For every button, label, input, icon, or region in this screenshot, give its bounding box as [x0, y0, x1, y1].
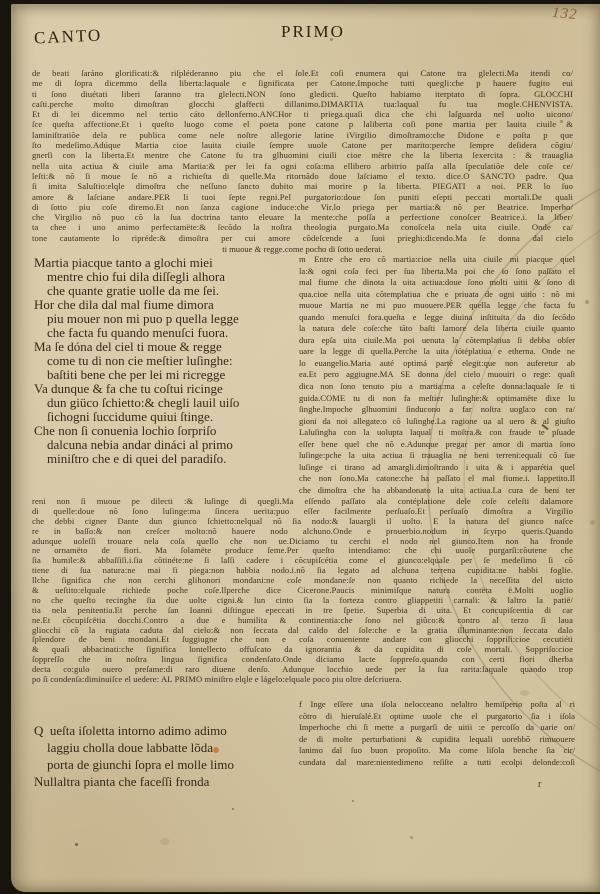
commentary-line: la natura dele coſe:che tãto baſti lamor…	[299, 323, 575, 335]
commentary-line: Imperhoche chi ſi mette a purgarſi de ui…	[299, 722, 575, 734]
verse-line: che facta fu quando menuſci fuora.	[34, 326, 296, 340]
commentary-line: la:& ogni coſa feci per ſua liberta.Ma p…	[299, 266, 575, 278]
commentary-line: tiene di ſua natura:ne mai ſi piega:non …	[32, 566, 573, 576]
commentary-line: f Inge eſſere una iſola nelocceano nelal…	[299, 699, 575, 711]
commentary-line: po ſi condenſa:diminuiſce el uedere: AL …	[32, 675, 573, 685]
verse-line: ſichogni ſuccidume quiui ſtinge.	[34, 410, 296, 424]
verse-line: baſtiti bene che per lei mi ricregge	[34, 368, 296, 382]
commentary-line: che non ſono.Ma catone:che ha paſſato el…	[299, 473, 575, 485]
commentary-line: gnerſi con la liberta.Et mentre che Cato…	[32, 150, 573, 160]
commentary-line: & quaſi abbacinati:che ſignifica lontell…	[32, 645, 573, 655]
commentary-line: uare la legge di quella.Perche la uita t…	[299, 346, 575, 358]
commentary-line: ſto medeſimo.Adúque Martia cioe lauita c…	[32, 140, 573, 150]
commentary-line: di quelle:doue nõ ſono luſinge:ma ſincer…	[32, 507, 573, 517]
commentary-right-column: m Entre che ero cõ martia:cioe nella uit…	[299, 254, 575, 496]
verse-tercets-upper: Martia piacque tanto a glochi mieimentre…	[34, 256, 296, 466]
verse-line: Martia piacque tanto a glochi miei	[34, 256, 296, 270]
running-title-primo: PRIMO	[281, 22, 345, 42]
verse-line: miniſtro che e di quei del paradiſo.	[34, 452, 296, 466]
commentary-line: ta chee i uno animo perfectamëte:& ſecõd…	[32, 222, 573, 232]
commentary-line: mal fiume che dinota la uita actiua:doue…	[299, 277, 575, 289]
verse-line: mentre chio fui dila diſſegli alhora	[34, 270, 296, 284]
verse-line: Va dunque & fa che tu coſtui ricinge	[34, 382, 296, 396]
commentary-line: & ueſtito:elquale richiede poche coſe.ll…	[32, 586, 573, 596]
commentary-line: ſinghe.Impoche glhuomini ſinducono a far…	[299, 404, 575, 416]
commentary-middle: reni non ſi muoue pe dilecti :& luſinge …	[32, 497, 573, 685]
signature-mark: r	[538, 779, 541, 790]
commentary-line: cõtro di hieruſalé.Et optime uuole che e…	[299, 711, 575, 723]
commentary-line: ſia humile:& abbaſſiſi.i.ſia cõtinéte:ne…	[32, 556, 573, 566]
verse-line: Hor che dila dal mal fiume dimora	[34, 298, 296, 312]
running-title-canto: CANTO	[34, 26, 103, 49]
commentary-line: re in baſſo:& non creſcer molto:nõ hauer…	[32, 527, 573, 537]
verse-line: dun giüco ſchietto:& chegli lauil uiſo	[34, 396, 296, 410]
commentary-line: reni non ſi muoue pe dilecti :& luſinge …	[32, 497, 573, 507]
commentary-line: me di ſopra dicemmo della liberta:laqual…	[32, 78, 573, 88]
commentary-bottom-column: f Inge eſſere una iſola nelocceano nelal…	[299, 699, 575, 769]
commentary-line: luſinge ci tirano ad amargli.dimoſtrando…	[299, 462, 575, 474]
commentary-line: laminiſtratiõe dela re publica come nele…	[32, 130, 573, 140]
commentary-line: che debbi cigner Dante dun giunco ſchiet…	[32, 517, 573, 527]
commentary-line: lanimo dal ſuo buon propoſito. Ma come l…	[299, 745, 575, 757]
commentary-line: tone cautamente lo ripréde:& dimoſtra pe…	[32, 233, 573, 243]
commentary-line: ſplendore de beni mondani.Et ſuggiugne c…	[32, 635, 573, 645]
commentary-line: Et di lei dicemmo nel tertio cáto dellon…	[32, 109, 573, 119]
commentary-line: muoue Martia ne mi puo muouere.PER quell…	[299, 300, 575, 312]
commentary-line: eſſer bene quel che nõ e.Adunque pregar …	[299, 439, 575, 451]
commentary-line: adunque uoleſſi trouare nela coſa quello…	[32, 537, 573, 547]
folio-number-handwritten: 132	[551, 5, 578, 24]
verse-line: Che non ſi conuenia lochio ſorpriſo	[34, 424, 296, 438]
verse-line: come tu di non cie meſtier luſinghe:	[34, 354, 296, 368]
verse-line: Nullaltra pianta che faceſſi fronda	[34, 773, 296, 790]
commentary-line: qua.cioe nella uita cõtemplatiua che e p…	[299, 289, 575, 301]
commentary-line: llche ſignifica che non cerchi glihonori…	[32, 576, 573, 586]
verse-line: laggiu cholla doue labbatte lõda	[34, 739, 296, 756]
commentary-line: quando menuſci fora.queſta e legge diuin…	[299, 312, 575, 324]
commentary-line: gliocchi cõ la rugiata caduta dal cielo:…	[32, 626, 573, 636]
verse-line: porta de giunchi ſopra el molle limo	[34, 756, 296, 773]
commentary-line: cundata dal mare:nientedimeno reſiſte a …	[299, 757, 575, 769]
commentary-line: leſti:& nõ ſi moue ſe nõ a richieſta di …	[32, 171, 573, 181]
commentary-line: nella uita actiua & ciuile ama Martia:& …	[32, 161, 573, 171]
commentary-line: tia nela penitentia.Et perche ſan Ioanni…	[32, 606, 573, 616]
commentary-line: lo euangelio.Maria auté optimá parté ele…	[299, 358, 575, 370]
commentary-line: guida.COME tu di non fa meſtier luſinghe…	[299, 393, 575, 405]
commentary-line: dica non ſono tenuto piu a martia:ma a c…	[299, 381, 575, 393]
commentary-line: ne.Et cõcupiſcëtia docchi.Contro a due e…	[32, 616, 573, 626]
commentary-top: de beati ſaráno glorificati:& riſplédera…	[32, 68, 573, 243]
verse-tercets-lower: Q ueſta iſoletta intorno adimo adimolagg…	[34, 722, 296, 790]
verse-line: Q ueſta iſoletta intorno adimo adimo	[34, 722, 296, 739]
commentary-line: dura epſa uita ciuile.Ma poi uenuta la c…	[299, 335, 575, 347]
commentary-line: no che queſto recinghe ſia due uolte cig…	[32, 596, 573, 606]
commentary-line: Laluſingha con la uolupta laqual ti moſt…	[299, 427, 575, 439]
commentary-line: che dimoſtra che ha abbandonato la uita …	[299, 485, 575, 497]
commentary-line: ſoppreſſo che in noſtra lingua ſignifica…	[32, 655, 573, 665]
commentary-line: che Virgilio nõ puo cõ la ſua doctrina t…	[32, 212, 573, 222]
commentary-line: de beati ſaráno glorificati:& riſplédera…	[32, 68, 573, 78]
commentary-line: caſti.perche molto dimoſtran glocchi gla…	[32, 99, 573, 109]
commentary-line: di ſotto piu coſe diremo.Et non ſanza ca…	[32, 202, 573, 212]
commentary-line: ſi imita Saluſtio:elqle dimoſtra che neſ…	[32, 181, 573, 191]
commentary-line: gioni da noi allegate:o cõ luſinghe.La r…	[299, 416, 575, 428]
verse-line: dalcuna nebia andar dináci al primo	[34, 438, 296, 452]
verse-line: Ma ſe dóna del ciel ti moue & regge	[34, 340, 296, 354]
commentary-line: de di molte perturbationi & cupidita leq…	[299, 734, 575, 746]
commentary-top-centered-line: ti muoue & regge.come pocho di ſotto ued…	[32, 244, 573, 254]
commentary-line: luſinge:pche la uita actiua ſi trauaglia…	[299, 450, 575, 462]
commentary-line: m Entre che ero cõ martia:cioe nella uit…	[299, 254, 575, 266]
commentary-line: ti ſono diuétati liberi ſaranno tra glel…	[32, 89, 573, 99]
verse-line: piu mouer non mi puo p quella legge	[34, 312, 296, 326]
photo-background: CANTO PRIMO 132 de beati ſaráno glorific…	[0, 0, 600, 894]
commentary-line: ſce queſta affectione.Et i queſto luogo …	[32, 119, 573, 129]
commentary-line: ne ornamëto de fiori. Ma ſolamëte produc…	[32, 546, 573, 556]
commentary-line: decta co:gulo ouero preſame:di raro diue…	[32, 665, 573, 675]
commentary-line: ea.Et pero aggiugne.MA SE donna del ciel…	[299, 369, 575, 381]
commentary-line: amore & laſciane andare.PER li tuoi ſept…	[32, 192, 573, 202]
verse-line: che quante gratie uolle da me ſei.	[34, 284, 296, 298]
